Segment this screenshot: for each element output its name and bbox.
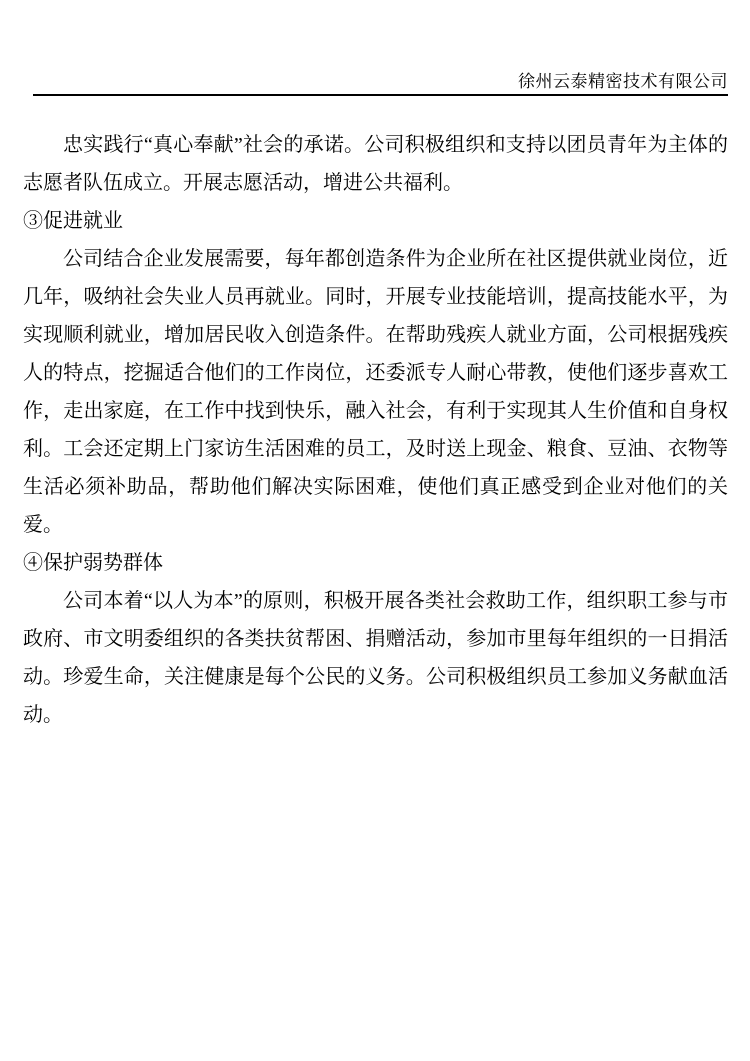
page-header: 徐州云泰精密技术有限公司 <box>0 0 750 96</box>
heading-protect-vulnerable-groups: ④保护弱势群体 <box>23 544 728 582</box>
header-rule-divider <box>33 94 728 96</box>
company-name: 徐州云泰精密技术有限公司 <box>23 72 728 92</box>
paragraph-social-assistance: 公司本着“以人为本”的原则，积极开展各类社会救助工作，组织职工参与市政府、市文明… <box>23 582 728 734</box>
document-body: 忠实践行“真心奉献”社会的承诺。公司积极组织和支持以团员青年为主体的志愿者队伍成… <box>0 126 750 734</box>
paragraph-volunteer-commitment: 忠实践行“真心奉献”社会的承诺。公司积极组织和支持以团员青年为主体的志愿者队伍成… <box>23 126 728 202</box>
document-page: 徐州云泰精密技术有限公司 忠实践行“真心奉献”社会的承诺。公司积极组织和支持以团… <box>0 0 750 1061</box>
heading-promote-employment: ③促进就业 <box>23 202 728 240</box>
paragraph-employment-support: 公司结合企业发展需要，每年都创造条件为企业所在社区提供就业岗位，近几年，吸纳社会… <box>23 240 728 544</box>
